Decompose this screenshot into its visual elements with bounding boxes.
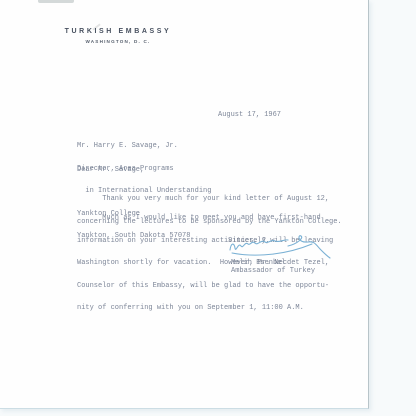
letter-date: August 17, 1967	[218, 112, 281, 120]
paper-edge-tab	[38, 0, 74, 3]
scanned-letter-background: TURKISH EMBASSY WASHINGTON, D. C. August…	[0, 0, 416, 416]
body-line: nity of conferring with you on September…	[77, 305, 333, 313]
letter-paper: TURKISH EMBASSY WASHINGTON, D. C. August…	[0, 0, 369, 409]
salutation: Dear Mr. Savage,	[77, 167, 144, 175]
letterhead-subtitle: WASHINGTON, D. C.	[0, 39, 236, 44]
letterhead-title: TURKISH EMBASSY	[0, 28, 236, 35]
signer-title: Ambassador of Turkey	[231, 268, 315, 276]
recipient-line: Mr. Harry E. Savage, Jr.	[77, 143, 211, 151]
body-line: Counselor of this Embassy, will be glad …	[77, 283, 333, 291]
letterhead: TURKISH EMBASSY WASHINGTON, D. C.	[0, 28, 236, 44]
handwritten-signature-icon	[226, 234, 340, 260]
body-line: Much as I would like to meet you and hav…	[77, 215, 333, 223]
body-paragraph-2: Much as I would like to meet you and hav…	[77, 200, 333, 328]
